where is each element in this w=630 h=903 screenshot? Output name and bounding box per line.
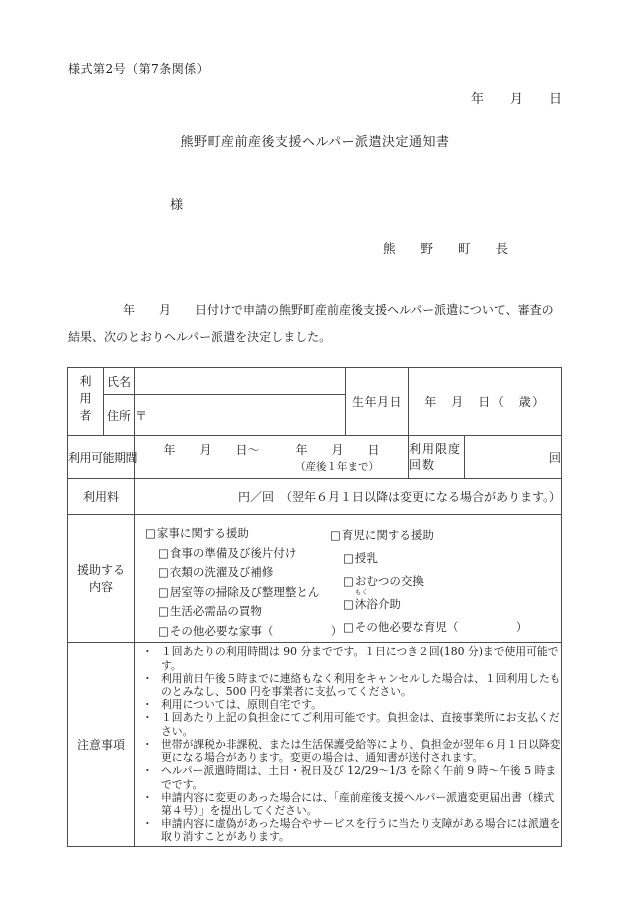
checkbox-label-rest: 浴介助 <box>366 597 401 611</box>
support-content-label: 援助する内容 <box>75 562 127 596</box>
checkbox-label: おむつの交換 <box>355 574 424 588</box>
checkbox-icon[interactable]: □ <box>158 585 169 599</box>
support-columns: □家事に関する援助 □食事の準備及び後片付け □衣類の洗濯及び補修 □居室等の掃… <box>135 516 561 641</box>
bullet-icon: ・ <box>135 764 161 790</box>
fee-label: 利用料 <box>68 479 135 515</box>
decision-table: 利用者 氏名 生年月日 年 月 日（ 歳） 住所 〒 利用可能期間 年 月 日～… <box>67 367 562 847</box>
document-title: 熊野町産前産後支援ヘルパー派遣決定通知書 <box>0 131 630 150</box>
checkbox-icon[interactable]: □ <box>158 604 169 618</box>
support-content-label-cell: 援助する内容 <box>68 515 135 643</box>
checkbox-item: □育児に関する援助 <box>330 524 561 547</box>
bullet-icon: ・ <box>135 738 161 764</box>
bullet-icon: ・ <box>135 698 161 711</box>
address-label: 住所 <box>104 395 135 436</box>
checkbox-item: □もく沐浴介助 <box>330 593 561 616</box>
note-item: ・申請内容に変更のあった場合には、「産前産後支援ヘルパー派遣変更届出書（様式第４… <box>135 791 561 817</box>
note-text: 利用については、原則自宅です。 <box>161 698 561 711</box>
checkbox-item: □家事に関する援助 <box>145 524 330 544</box>
checkbox-item: □授乳 <box>330 547 561 570</box>
usage-limit-label: 利用限度回数 <box>409 436 465 479</box>
note-item: ・利用については、原則自宅です。 <box>135 698 561 711</box>
note-item: ・１回あたりの利用時間は 90 分までです。１日につき２回(180 分)まで使用… <box>135 645 561 671</box>
note-text: ヘルパー派遣時間は、土日・祝日及び 12/29～1/3 を除く午前 9 時～午後… <box>161 764 561 790</box>
address-value-cell: 〒 <box>135 395 346 436</box>
note-text: １回あたり上記の負担金にてご利用可能です。負担金は、直接事業所にお支払ください。 <box>161 711 561 737</box>
bullet-icon: ・ <box>135 645 161 671</box>
checkbox-icon[interactable]: □ <box>158 546 169 560</box>
user-section-label: 利用者 <box>77 375 94 426</box>
checkbox-icon[interactable]: □ <box>343 597 354 611</box>
note-item: ・ヘルパー派遣時間は、土日・祝日及び 12/29～1/3 を除く午前 9 時～午… <box>135 764 561 790</box>
usage-limit-unit: 回 <box>465 436 562 479</box>
form-number: 様式第2号（第7条関係） <box>68 60 209 77</box>
bullet-icon: ・ <box>135 791 161 817</box>
support-column-housework: □家事に関する援助 □食事の準備及び後片付け □衣類の洗濯及び補修 □居室等の掃… <box>145 524 330 641</box>
bullet-icon: ・ <box>135 672 161 698</box>
note-item: ・１回あたり上記の負担金にてご利用可能です。負担金は、直接事業所にお支払ください… <box>135 711 561 737</box>
checkbox-item: □生活必需品の買物 <box>145 602 330 622</box>
checkbox-label: 家事に関する援助 <box>157 526 249 540</box>
checkbox-icon[interactable]: □ <box>145 526 156 540</box>
postal-mark-icon: 〒 <box>135 409 147 423</box>
checkbox-icon[interactable]: □ <box>330 528 341 542</box>
period-label: 利用可能期間 <box>68 436 135 479</box>
checkbox-label: 育児に関する援助 <box>342 528 434 542</box>
decision-paragraph: 年 月 日付けで申請の熊野町産前産後支援ヘルパー派遣について、審査の結果、次のと… <box>68 297 558 351</box>
checkbox-item: □居室等の掃除及び整理整とん <box>145 583 330 603</box>
issue-date-placeholder: 年 月 日 <box>471 88 562 107</box>
checkbox-label: 食事の準備及び後片付け <box>170 546 297 560</box>
name-label: 氏名 <box>104 368 135 395</box>
checkbox-label: 授乳 <box>355 551 378 565</box>
fee-value: 円／回 （翌年６月１日以降は変更になる場合があります。） <box>135 479 562 515</box>
sender-title: 熊 野 町 長 <box>383 239 508 257</box>
note-text: １回あたりの利用時間は 90 分までです。１日につき２回(180 分)まで使用可… <box>161 645 561 671</box>
checkbox-icon[interactable]: □ <box>158 565 169 579</box>
checkbox-label: 居室等の掃除及び整理整とん <box>170 585 320 599</box>
checkbox-icon[interactable]: □ <box>343 574 354 588</box>
checkbox-label: その他必要な育児（ ） <box>355 620 528 634</box>
document-page: 様式第2号（第7条関係） 年 月 日 熊野町産前産後支援ヘルパー派遣決定通知書 … <box>0 0 630 903</box>
checkbox-label: もく沐浴介助 <box>355 597 401 611</box>
birthdate-value: 年 月 日（ 歳） <box>409 368 562 436</box>
note-item: ・申請内容に虚偽があった場合やサービスを行うに当たり支障がある場合には派遣を取り… <box>135 817 561 843</box>
checkbox-icon[interactable]: □ <box>158 624 169 638</box>
period-value: 年 月 日～ 年 月 日 <box>135 441 408 458</box>
note-text: 世帯が課税か非課税、または生活保護受給等により、負担金が翌年６月１日以降変更にな… <box>161 738 561 764</box>
note-text: 利用前日午後５時までに連絡もなく利用をキャンセルした場合は、１回利用したものとみ… <box>161 672 561 698</box>
checkbox-item: □食事の準備及び後片付け <box>145 544 330 564</box>
note-item: ・世帯が課税か非課税、または生活保護受給等により、負担金が翌年６月１日以降変更に… <box>135 738 561 764</box>
notes-label: 注意事項 <box>68 643 135 847</box>
period-value-cell: 年 月 日～ 年 月 日 （産後１年まで） <box>135 436 409 479</box>
furigana: もく <box>355 589 367 596</box>
note-item: ・利用前日午後５時までに連絡もなく利用をキャンセルした場合は、１回利用したものと… <box>135 672 561 698</box>
ruby-kanji: 沐 <box>355 597 367 611</box>
checkbox-icon[interactable]: □ <box>343 620 354 634</box>
name-value-cell <box>135 368 346 395</box>
birthdate-label: 生年月日 <box>346 368 409 436</box>
checkbox-label: その他必要な家事（ ） <box>170 624 343 638</box>
checkbox-label: 衣類の洗濯及び補修 <box>170 565 274 579</box>
ruby-base-char: もく沐 <box>355 593 367 616</box>
support-column-childcare: □育児に関する援助 □授乳 □おむつの交換 □もく沐浴介助 <box>330 524 561 641</box>
note-text: 申請内容に虚偽があった場合やサービスを行うに当たり支障がある場合には派遣を取り消… <box>161 817 561 843</box>
checkbox-item: □その他必要な家事（ ） <box>145 622 330 642</box>
note-text: 申請内容に変更のあった場合には、「産前産後支援ヘルパー派遣変更届出書（様式第４号… <box>161 791 561 817</box>
notes-cell: ・１回あたりの利用時間は 90 分までです。１日につき２回(180 分)まで使用… <box>135 643 562 847</box>
addressee-honorific: 様 <box>170 194 183 213</box>
user-section-cell: 利用者 <box>68 368 104 436</box>
bullet-icon: ・ <box>135 817 161 843</box>
checkbox-icon[interactable]: □ <box>343 551 354 565</box>
checkbox-item: □その他必要な育児（ ） <box>330 616 561 639</box>
support-content-cell: □家事に関する援助 □食事の準備及び後片付け □衣類の洗濯及び補修 □居室等の掃… <box>135 515 562 643</box>
checkbox-label: 生活必需品の買物 <box>170 604 262 618</box>
checkbox-item: □衣類の洗濯及び補修 <box>145 563 330 583</box>
period-note: （産後１年まで） <box>135 459 408 474</box>
bullet-icon: ・ <box>135 711 161 737</box>
